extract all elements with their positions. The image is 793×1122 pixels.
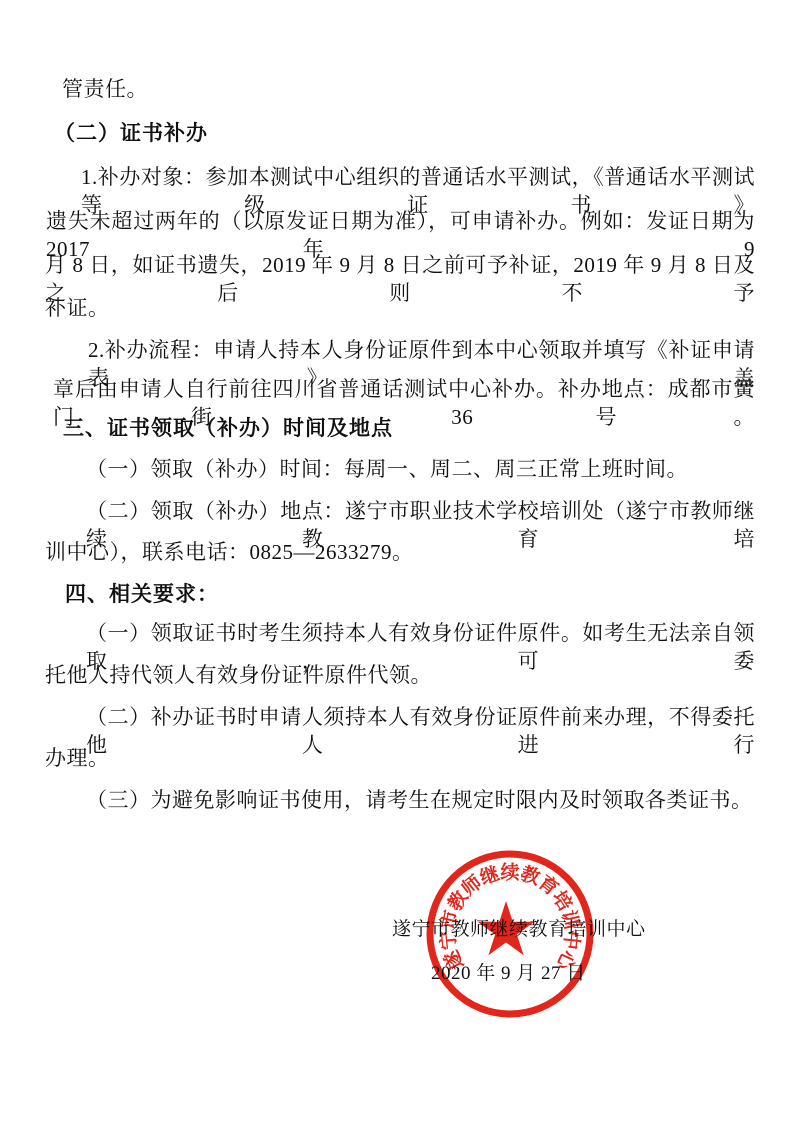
text-line: 办理。 bbox=[45, 744, 110, 772]
text-line: （三）为避免影响证书使用，请考生在规定时限内及时领取各类证书。 bbox=[86, 786, 753, 814]
seal-arc-char: 训 bbox=[557, 908, 584, 932]
section-heading-requirements: 四、相关要求： bbox=[65, 580, 219, 608]
text-line: （二）补办证书时申请人须持本人有效身份证原件前来办理，不得委托他人进行 bbox=[86, 703, 755, 759]
text-line: 补证。 bbox=[45, 294, 110, 322]
text-line: 月 8 日，如证书遗失，2019 年 9 月 8 日之前可予补证，2019 年 … bbox=[45, 251, 755, 307]
text-line: 托他人持代领人有效身份证件原件代领。 bbox=[45, 661, 432, 689]
official-seal: 遂宁市教师继续教育培训中心 bbox=[425, 849, 595, 1019]
seal-arc-char: 续 bbox=[500, 861, 519, 884]
section-heading-pickup-time-place: 三、证书领取（补办）时间及地点 bbox=[63, 414, 393, 442]
star-icon bbox=[477, 901, 534, 955]
document-page: 管责任。 （二）证书补办 1.补办对象：参加本测试中心组织的普通话水平测试，《普… bbox=[0, 0, 793, 1122]
seal-arc-char: 心 bbox=[551, 947, 579, 974]
text-line: 训中心），联系电话：0825—2633279。 bbox=[45, 538, 414, 566]
text-line: 管责任。 bbox=[62, 75, 148, 103]
section-heading-certificate-reissue: （二）证书补办 bbox=[54, 119, 208, 147]
seal-arc-char: 宁 bbox=[437, 930, 461, 951]
text-line: （一）领取（补办）时间：每周一、周二、周三正常上班时间。 bbox=[86, 455, 688, 483]
